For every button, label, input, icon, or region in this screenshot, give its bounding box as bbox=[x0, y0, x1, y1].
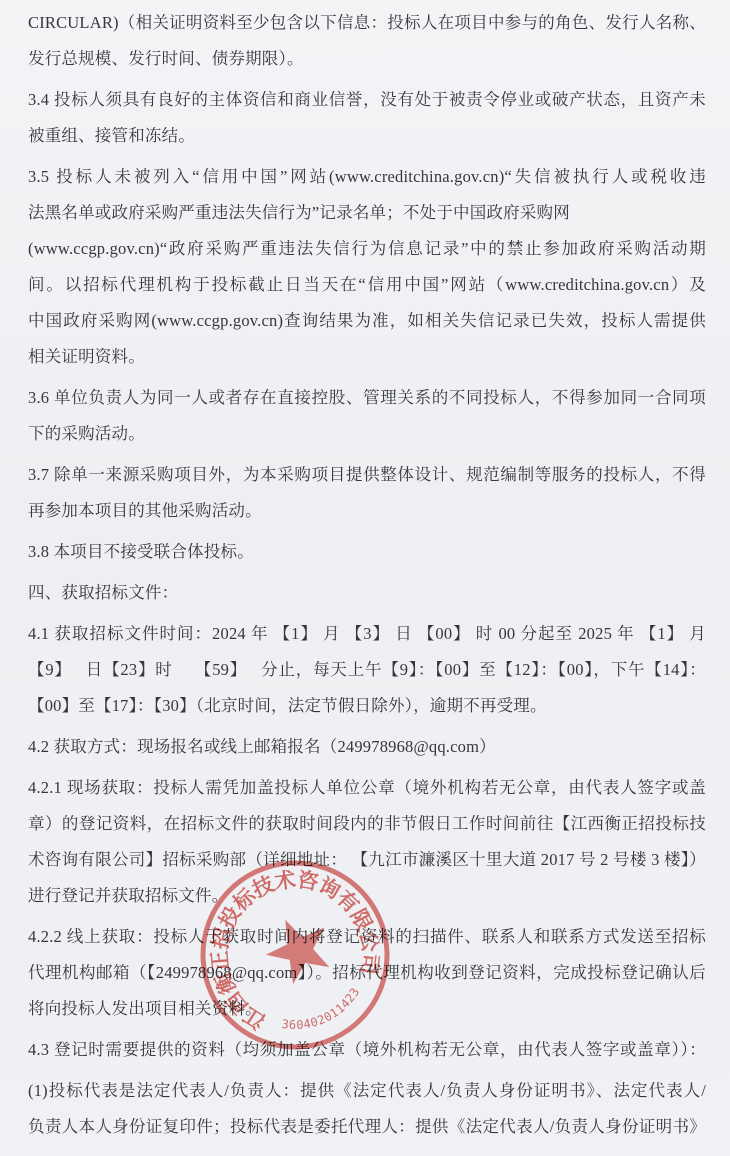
doc-line: 【00】至【17】：【30】（北京时间，法定节假日除外），逾期不再受理。 bbox=[28, 688, 706, 724]
doc-line: 章）的登记资料，在招标文件的获取时间段内的非节假日工作时间前往【江西衡正招投标技 bbox=[28, 806, 706, 842]
doc-line: 4.3 登记时需要提供的资料（均须加盖公章（境外机构若无公章，由代表人签字或盖章… bbox=[28, 1032, 706, 1068]
scanned-tender-document: { "page": { "paper_color": "#eff0f3", "i… bbox=[0, 0, 730, 1156]
doc-line: 3.7 除单一来源采购项目外，为本采购项目提供整体设计、规范编制等服务的投标人，… bbox=[28, 457, 706, 493]
doc-line: 3.6 单位负责人为同一人或者存在直接控股、管理关系的不同投标人，不得参加同一合… bbox=[28, 380, 706, 416]
doc-line: 相关证明资料。 bbox=[28, 339, 706, 375]
doc-line: 进行登记并获取招标文件。 bbox=[28, 878, 706, 914]
doc-line: 负责人本人身份证复印件；投标代表是委托代理人：提供《法定代表人/负责人身份证明书… bbox=[28, 1109, 706, 1145]
paragraph-3-8: 3.8 本项目不接受联合体投标。 bbox=[28, 534, 706, 570]
doc-line: (www.ccgp.gov.cn)“政府采购严重违法失信行为信息记录”中的禁止参… bbox=[28, 231, 706, 267]
paragraph-3-5: 3.5 投标人未被列入“信用中国”网站(www.creditchina.gov.… bbox=[28, 159, 706, 375]
paragraph-4-2-1: 4.2.1 现场获取：投标人需凭加盖投标人单位公章（境外机构若无公章，由代表人签… bbox=[28, 770, 706, 914]
doc-line: 将向投标人发出项目相关资料。 bbox=[28, 991, 706, 1027]
paragraph-4-2-2: 4.2.2 线上获取：投标人于获取时间内将登记资料的扫描件、联系人和联系方式发送… bbox=[28, 919, 706, 1027]
doc-line: 法黑名单或政府采购严重违法失信行为”记录名单；不处于中国政府采购网 bbox=[28, 195, 706, 231]
doc-line: 3.4 投标人须具有良好的主体资信和商业信誉，没有处于被责令停业或破产状态，且资… bbox=[28, 82, 706, 118]
doc-line: 术咨询有限公司】招标采购部（详细地址： 【九江市濂溪区十里大道 2017 号 2… bbox=[28, 842, 706, 878]
doc-line: 3.5 投标人未被列入“信用中国”网站(www.creditchina.gov.… bbox=[28, 159, 706, 195]
doc-line: (1)投标代表是法定代表人/负责人：提供《法定代表人/负责人身份证明书》、法定代… bbox=[28, 1073, 706, 1109]
paragraph-3-4: 3.4 投标人须具有良好的主体资信和商业信誉，没有处于被责令停业或破产状态，且资… bbox=[28, 82, 706, 154]
doc-line: CIRCULAR)（相关证明资料至少包含以下信息：投标人在项目中参与的角色、发行… bbox=[28, 5, 706, 41]
doc-line: 下的采购活动。 bbox=[28, 416, 706, 452]
paragraph-4-3: 4.3 登记时需要提供的资料（均须加盖公章（境外机构若无公章，由代表人签字或盖章… bbox=[28, 1032, 706, 1068]
paragraph-4-1: 4.1 获取招标文件时间：2024 年 【1】 月 【3】 日 【00】 时 0… bbox=[28, 616, 706, 724]
paragraph-4-2: 4.2 获取方式：现场报名或线上邮箱报名（249978968@qq.com） bbox=[28, 729, 706, 765]
doc-line: 4.2.2 线上获取：投标人于获取时间内将登记资料的扫描件、联系人和联系方式发送… bbox=[28, 919, 706, 955]
doc-line: 再参加本项目的其他采购活动。 bbox=[28, 493, 706, 529]
doc-line: 4.2 获取方式：现场报名或线上邮箱报名（249978968@qq.com） bbox=[28, 729, 706, 765]
document-body: CIRCULAR)（相关证明资料至少包含以下信息：投标人在项目中参与的角色、发行… bbox=[28, 5, 706, 1150]
paragraph-3-6: 3.6 单位负责人为同一人或者存在直接控股、管理关系的不同投标人，不得参加同一合… bbox=[28, 380, 706, 452]
heading-section-4: 四、获取招标文件： bbox=[28, 575, 706, 611]
doc-line: 代理机构邮箱（【249978968@qq.com】）。招标代理机构收到登记资料，… bbox=[28, 955, 706, 991]
doc-line: 4.1 获取招标文件时间：2024 年 【1】 月 【3】 日 【00】 时 0… bbox=[28, 616, 706, 652]
paragraph-circular-note: CIRCULAR)（相关证明资料至少包含以下信息：投标人在项目中参与的角色、发行… bbox=[28, 5, 706, 77]
doc-line: 四、获取招标文件： bbox=[28, 575, 706, 611]
doc-line: 3.8 本项目不接受联合体投标。 bbox=[28, 534, 706, 570]
doc-line: 4.2.1 现场获取：投标人需凭加盖投标人单位公章（境外机构若无公章，由代表人签… bbox=[28, 770, 706, 806]
paragraph-3-7: 3.7 除单一来源采购项目外，为本采购项目提供整体设计、规范编制等服务的投标人，… bbox=[28, 457, 706, 529]
doc-line: 间。以招标代理机构于投标截止日当天在“信用中国”网站（www.creditchi… bbox=[28, 267, 706, 303]
doc-line: 【9】 日【23】时 【59】 分止，每天上午【9】：【00】至【12】：【00… bbox=[28, 652, 706, 688]
doc-line: 被重组、接管和冻结。 bbox=[28, 118, 706, 154]
paragraph-4-3-item-1: (1)投标代表是法定代表人/负责人：提供《法定代表人/负责人身份证明书》、法定代… bbox=[28, 1073, 706, 1145]
doc-line: 中国政府采购网(www.ccgp.gov.cn)查询结果为准，如相关失信记录已失… bbox=[28, 303, 706, 339]
doc-line: 发行总规模、发行时间、债券期限）。 bbox=[28, 41, 706, 77]
